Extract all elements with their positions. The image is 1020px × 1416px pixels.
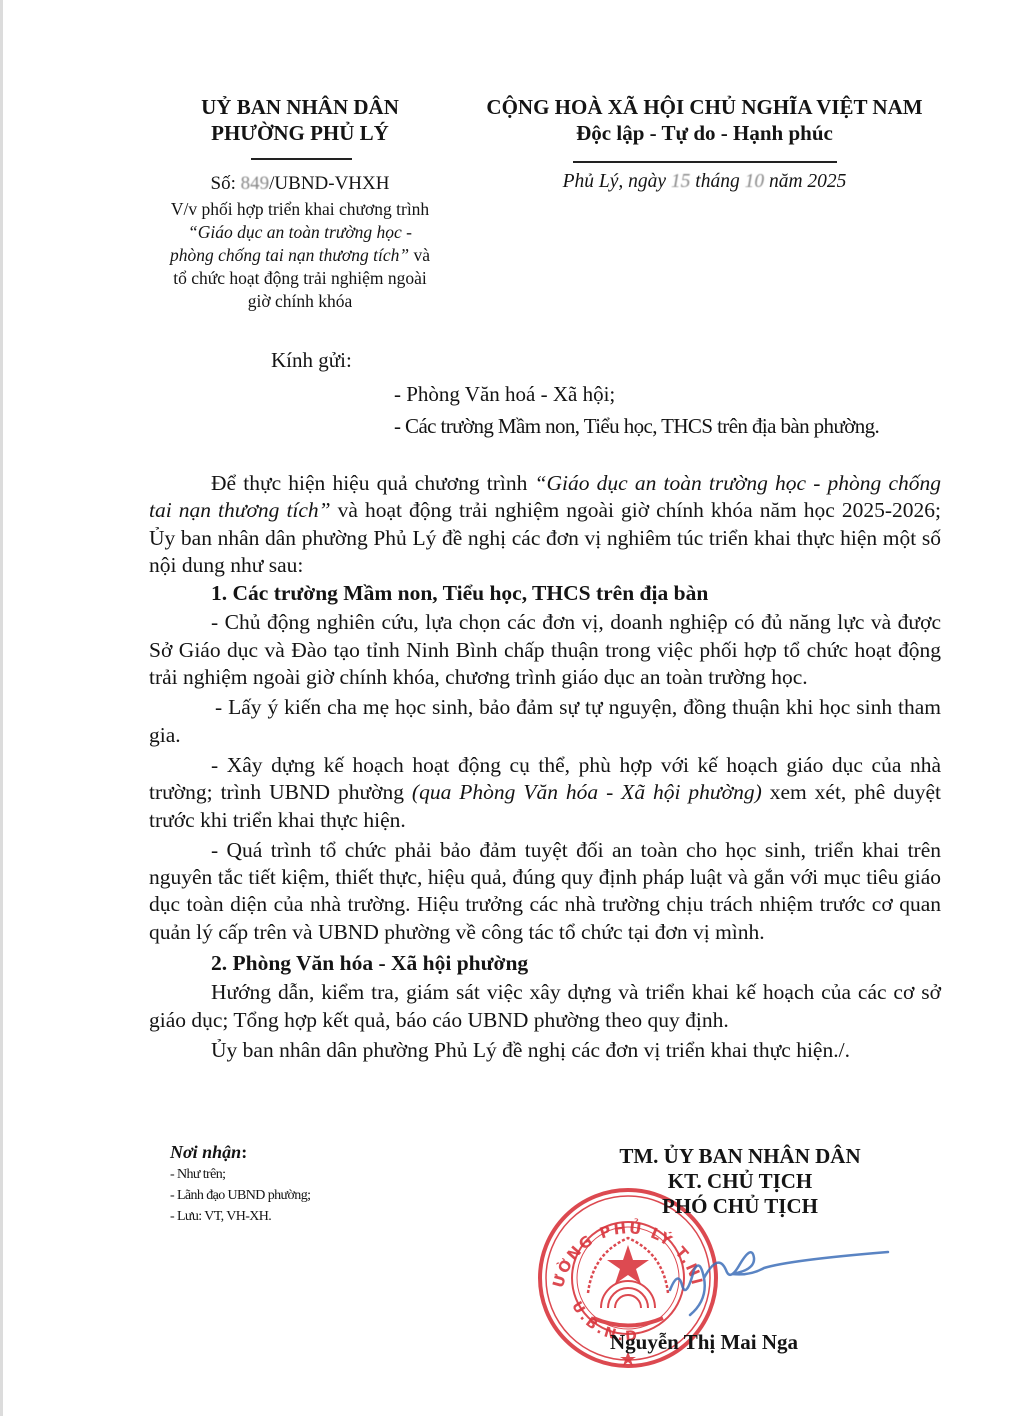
intro-text: Để thực hiện hiệu quả chương trình bbox=[211, 471, 535, 495]
document-subject: V/v phối hợp triển khai chương trình “Gi… bbox=[130, 198, 470, 313]
recipient-item: - Phòng Văn hoá - Xã hội; bbox=[394, 382, 615, 407]
signature-title-3: PHÓ CHỦ TỊCH bbox=[560, 1194, 920, 1219]
page-left-edge bbox=[0, 0, 3, 1416]
signer-name: Nguyễn Thị Mai Nga bbox=[610, 1330, 798, 1355]
section-2-text: Hướng dẫn, kiểm tra, giám sát việc xây d… bbox=[149, 979, 941, 1034]
motto-underline bbox=[573, 161, 837, 163]
subject-italic: phòng chống tai nạn thương tích” bbox=[170, 245, 409, 265]
closing-text: Ủy ban nhân dân phường Phủ Lý đề nghị cá… bbox=[149, 1037, 941, 1064]
distribution-list: Nơi nhận: - Như trên; - Lãnh đạo UBND ph… bbox=[170, 1142, 310, 1227]
distribution-title-text: Nơi nhận bbox=[170, 1142, 241, 1162]
subject-text: và bbox=[409, 245, 430, 265]
doc-number-suffix: /UBND-VHXH bbox=[269, 173, 389, 194]
date-month-label: tháng bbox=[690, 171, 744, 192]
agency-line-1: UỶ BAN NHÂN DÂN bbox=[150, 94, 450, 120]
date-place: Phủ Lý, ngày bbox=[563, 171, 671, 192]
agency-line-2: PHƯỜNG PHỦ LÝ bbox=[150, 120, 450, 146]
signature-title-2: KT. CHỦ TỊCH bbox=[560, 1169, 920, 1194]
subject-line: tổ chức hoạt động trải nghiệm ngoài bbox=[130, 267, 470, 290]
issuing-agency: UỶ BAN NHÂN DÂN PHƯỜNG PHỦ LÝ bbox=[150, 94, 450, 146]
date-year: năm 2025 bbox=[764, 171, 846, 192]
section-1-item: - Lấy ý kiến cha mẹ học sinh, bảo đảm sự… bbox=[149, 694, 941, 749]
section-1-item: - Xây dựng kế hoạch hoạt động cụ thể, ph… bbox=[149, 752, 941, 834]
subject-line: giờ chính khóa bbox=[130, 290, 470, 313]
handwritten-signature-icon bbox=[660, 1230, 890, 1320]
subject-line: V/v phối hợp triển khai chương trình bbox=[130, 198, 470, 221]
national-header: CỘNG HOÀ XÃ HỘI CHỦ NGHĨA VIỆT NAM Độc l… bbox=[463, 94, 946, 146]
subject-line: phòng chống tai nạn thương tích” và bbox=[130, 244, 470, 267]
date-month: 10 bbox=[745, 171, 765, 192]
recipient-item: - Các trường Mầm non, Tiểu học, THCS trê… bbox=[394, 414, 879, 439]
greeting: Kính gửi: bbox=[271, 348, 352, 373]
document-body: Để thực hiện hiệu quả chương trình “Giáo… bbox=[149, 470, 941, 1064]
date-line: Phủ Lý, ngày 15 tháng 10 năm 2025 bbox=[463, 171, 946, 193]
section-1-heading: 1. Các trường Mầm non, Tiểu học, THCS tr… bbox=[149, 580, 941, 607]
date-day: 15 bbox=[671, 171, 691, 192]
nation-name: CỘNG HOÀ XÃ HỘI CHỦ NGHĨA VIỆT NAM bbox=[463, 94, 946, 120]
intro-paragraph: Để thực hiện hiệu quả chương trình “Giáo… bbox=[149, 470, 941, 579]
item-italic: (qua Phòng Văn hóa - Xã hội phường) bbox=[412, 780, 762, 804]
national-motto: Độc lập - Tự do - Hạnh phúc bbox=[463, 120, 946, 146]
agency-underline bbox=[251, 158, 352, 160]
subject-line: “Giáo dục an toàn trường học - bbox=[130, 221, 470, 244]
section-1-item: - Quá trình tổ chức phải bảo đảm tuyệt đ… bbox=[149, 837, 941, 946]
distribution-item: - Như trên; bbox=[170, 1164, 310, 1185]
document-number: Số: 849/UBND-VHXH bbox=[150, 173, 450, 195]
section-1-item: - Chủ động nghiên cứu, lựa chọn các đơn … bbox=[149, 609, 941, 691]
doc-number-prefix: Số: bbox=[211, 173, 241, 194]
doc-number-value: 849 bbox=[241, 173, 270, 194]
section-2-heading: 2. Phòng Văn hóa - Xã hội phường bbox=[149, 950, 941, 977]
signature-title-1: TM. ỦY BAN NHÂN DÂN bbox=[560, 1144, 920, 1169]
distribution-title-colon: : bbox=[241, 1142, 247, 1162]
distribution-item: - Lãnh đạo UBND phường; bbox=[170, 1185, 310, 1206]
distribution-item: - Lưu: VT, VH-XH. bbox=[170, 1206, 310, 1227]
signature-block: TM. ỦY BAN NHÂN DÂN KT. CHỦ TỊCH PHÓ CHỦ… bbox=[560, 1144, 920, 1219]
distribution-title: Nơi nhận: bbox=[170, 1142, 310, 1163]
